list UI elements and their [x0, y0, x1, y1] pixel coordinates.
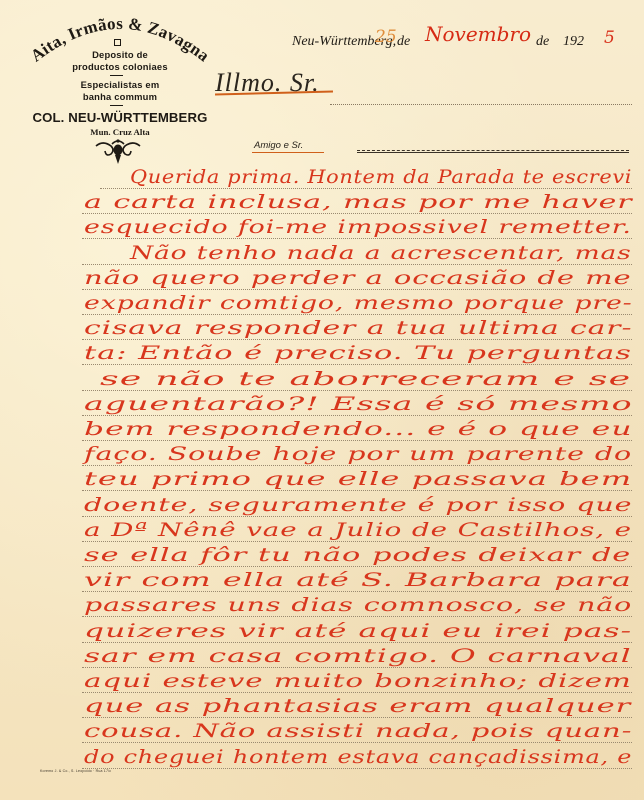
- ruled-line: [82, 742, 632, 743]
- address-dotted-line: [330, 104, 632, 105]
- ruled-line: [82, 692, 632, 693]
- ruled-line: [82, 465, 632, 466]
- letterhead-line3: Especialistas em: [0, 79, 240, 91]
- ruled-line: [82, 768, 632, 769]
- handwritten-line: faço. Soube hoje por um parente do: [84, 443, 632, 465]
- handwritten-line: aqui esteve muito bonzinho; dizem: [84, 670, 632, 692]
- letterhead-line2: productos coloniaes: [0, 61, 240, 73]
- ruled-line: [82, 415, 632, 416]
- amigo-label: Amigo e Sr.: [254, 140, 303, 151]
- ruled-line: [100, 188, 632, 189]
- date-de-label: de: [536, 34, 549, 50]
- handwritten-line: cisava responder a tua ultima car-: [84, 317, 632, 339]
- letterhead-line1: Deposito de: [0, 49, 240, 61]
- ruled-line: [82, 717, 632, 718]
- handwritten-line: não quero perder a occasião de me: [84, 267, 632, 289]
- handwritten-line: vir com ella até S. Barbara para: [84, 569, 632, 591]
- date-day: 25: [375, 27, 397, 47]
- ruled-line: [82, 339, 632, 340]
- ruled-line: [82, 566, 632, 567]
- handwritten-line: ta: Então é preciso. Tu perguntas: [84, 342, 632, 364]
- ornament-icon: [93, 138, 143, 166]
- handwritten-line: se não te aborreceram e se: [100, 368, 631, 390]
- ruled-line: [82, 364, 632, 365]
- handwritten-line: a Dª Nênê vae a Julio de Castilhos, e: [84, 519, 632, 541]
- square-bullet-icon: [114, 39, 121, 46]
- ruled-line: [82, 314, 632, 315]
- handwritten-line: se ella fôr tu não podes deixar de: [84, 544, 631, 566]
- ruled-line: [82, 264, 632, 265]
- handwritten-line: bem respondendo... e é o que eu: [84, 418, 633, 440]
- ruled-line: [82, 591, 632, 592]
- amigo-fill-line: [357, 150, 629, 153]
- ruled-line: [82, 440, 632, 441]
- amigo-underline: [252, 152, 324, 153]
- handwritten-line: Querida prima. Hontem da Parada te escre…: [130, 166, 632, 188]
- letterhead-divider: [110, 75, 123, 76]
- printer-imprint: Koremo J. & Co., S. Leopoldo · Rua 17/c: [40, 769, 111, 773]
- handwritten-line: Não tenho nada a acrescentar, mas: [130, 242, 632, 264]
- date-de-label: de: [397, 34, 410, 50]
- handwritten-line: cousa. Não assisti nada, pois quan-: [84, 720, 632, 742]
- handwritten-line: passares uns dias comnosco, se não: [84, 594, 632, 616]
- ruled-line: [82, 516, 632, 517]
- letterhead-divider: [110, 105, 123, 106]
- handwritten-line: esquecido foi-me impossivel remetter.: [84, 216, 632, 238]
- ruled-line: [82, 667, 632, 668]
- ruled-line: [82, 238, 632, 239]
- handwritten-line: quizeres vir até aqui eu irei pas-: [84, 620, 632, 642]
- ruled-line: [82, 490, 632, 491]
- date-month: Novembro: [425, 22, 531, 46]
- handwritten-line: doente, seguramente é por isso que: [84, 494, 632, 516]
- letterhead: Aita, Irmãos & Zavagna Deposito de produ…: [0, 0, 240, 165]
- ruled-line: [82, 289, 632, 290]
- date-year-prefix: 192: [563, 34, 584, 50]
- letterhead-colony: COL. NEU-WÜRTTEMBERG: [0, 110, 240, 125]
- handwritten-line: teu primo que elle passava bem: [84, 468, 632, 490]
- handwritten-line: que as phantasias eram qualquer: [84, 695, 631, 717]
- ruled-line: [82, 616, 632, 617]
- ruled-line: [82, 390, 632, 391]
- handwritten-line: expandir comtigo, mesmo porque pre-: [84, 292, 633, 314]
- date-year-digit: 5: [604, 28, 615, 48]
- ruled-line: [82, 213, 632, 214]
- handwritten-line: a carta inclusa, mas por me haver: [84, 191, 633, 213]
- letterhead-municipality: Mun. Cruz Alta: [0, 127, 240, 137]
- ruled-line: [82, 642, 632, 643]
- ruled-line: [82, 541, 632, 542]
- letterhead-line4: banha commum: [0, 91, 240, 103]
- handwritten-line: aguentarão?! Essa é só mesmo: [84, 393, 633, 415]
- handwritten-line: do cheguei hontem estava cançadissima, e: [84, 746, 632, 768]
- handwritten-line: sar em casa comtigo. O carnaval: [84, 645, 632, 667]
